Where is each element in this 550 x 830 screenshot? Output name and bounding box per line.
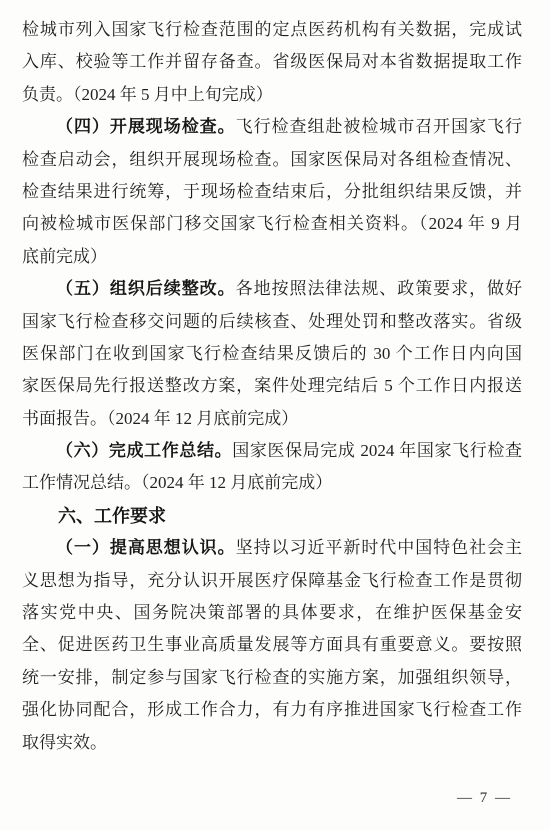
body-text: 全、促进医药卫生事业高质量发展等方面具有重要意义。要按照	[22, 635, 522, 654]
emphasis-text: （四）开展现场检查。	[56, 117, 236, 136]
body-text: 飞行检查组赴被检城市召开国家飞行	[236, 117, 522, 136]
body-text: 入库、校验等工作并留存备查。省级医保局对本省数据提取工作	[22, 52, 522, 71]
body-text: 强化协同配合，形成工作合力，有力有序推进国家飞行检查工作	[22, 700, 522, 719]
body-line: 医保部门在收到国家飞行检查结果反馈后的 30 个工作日内向国	[22, 338, 522, 370]
body-text: 检查启动会，组织开展现场检查。国家医保局对各组检查情况、	[22, 150, 522, 169]
emphasis-text: （五）组织后续整改。	[56, 279, 236, 298]
body-line: 全、促进医药卫生事业高质量发展等方面具有重要意义。要按照	[22, 629, 522, 661]
body-text: 取得实效。	[22, 733, 107, 752]
body-line: 落实党中央、国务院决策部署的具体要求，在维护医保基金安	[22, 597, 522, 629]
body-text: 坚持以习近平新时代中国特色社会主	[236, 538, 522, 557]
body-text: 国家飞行检查移交问题的后续核查、处理处罚和整改落实。省级	[22, 312, 522, 331]
document-page: 检城市列入国家飞行检查范围的定点医药机构有关数据，完成试入库、校验等工作并留存备…	[0, 0, 550, 830]
para-start-item-1: （一）提高思想认识。坚持以习近平新时代中国特色社会主	[22, 532, 522, 564]
body-text: 医保部门在收到国家飞行检查结果反馈后的 30 个工作日内向国	[22, 344, 522, 363]
body-line: 底前完成）	[22, 241, 522, 273]
section-heading-work-requirements: 六、工作要求	[22, 500, 522, 532]
body-text: 义思想为指导，充分认识开展医疗保障基金飞行检查工作是贯彻	[22, 571, 522, 590]
body-line: 检查结果进行统筹，于现场检查结束后，分批组织结果反馈，并	[22, 176, 522, 208]
body-text: 检查结果进行统筹，于现场检查结束后，分批组织结果反馈，并	[22, 182, 522, 201]
body-text: 国家医保局完成 2024 年国家飞行检查	[232, 441, 522, 460]
body-text: 工作情况总结。（2024 年 12 月底前完成）	[22, 473, 332, 492]
body-line: 检城市列入国家飞行检查范围的定点医药机构有关数据，完成试	[22, 14, 522, 46]
body-line: 强化协同配合，形成工作合力，有力有序推进国家飞行检查工作	[22, 694, 522, 726]
para-start-item-4: （四）开展现场检查。飞行检查组赴被检城市召开国家飞行	[22, 111, 522, 143]
body-text: 负责。（2024 年 5 月中上旬完成）	[22, 85, 273, 104]
body-line: 负责。（2024 年 5 月中上旬完成）	[22, 79, 522, 111]
emphasis-text: 六、工作要求	[58, 506, 166, 526]
emphasis-text: （六）完成工作总结。	[56, 441, 232, 460]
body-line: 统一安排，制定参与国家飞行检查的实施方案，加强组织领导，	[22, 662, 522, 694]
body-text: 向被检城市医保部门移交国家飞行检查相关资料。（2024 年 9 月	[22, 214, 522, 233]
body-text: 书面报告。（2024 年 12 月底前完成）	[22, 409, 298, 428]
para-start-item-6: （六）完成工作总结。国家医保局完成 2024 年国家飞行检查	[22, 435, 522, 467]
body-text: 统一安排，制定参与国家飞行检查的实施方案，加强组织领导，	[22, 668, 522, 687]
document-body: 检城市列入国家飞行检查范围的定点医药机构有关数据，完成试入库、校验等工作并留存备…	[22, 14, 522, 759]
body-line: 工作情况总结。（2024 年 12 月底前完成）	[22, 467, 522, 499]
page-number: — 7 —	[457, 790, 512, 807]
body-line: 义思想为指导，充分认识开展医疗保障基金飞行检查工作是贯彻	[22, 565, 522, 597]
body-line: 向被检城市医保部门移交国家飞行检查相关资料。（2024 年 9 月	[22, 208, 522, 240]
body-line: 取得实效。	[22, 727, 522, 759]
body-text: 底前完成）	[22, 247, 107, 266]
body-line: 检查启动会，组织开展现场检查。国家医保局对各组检查情况、	[22, 144, 522, 176]
body-text: 家医保局先行报送整改方案，案件处理完结后 5 个工作日内报送	[22, 376, 522, 395]
body-line: 家医保局先行报送整改方案，案件处理完结后 5 个工作日内报送	[22, 370, 522, 402]
emphasis-text: （一）提高思想认识。	[56, 538, 236, 557]
body-line: 书面报告。（2024 年 12 月底前完成）	[22, 403, 522, 435]
para-start-item-5: （五）组织后续整改。各地按照法律法规、政策要求，做好	[22, 273, 522, 305]
body-text: 各地按照法律法规、政策要求，做好	[236, 279, 522, 298]
body-text: 检城市列入国家飞行检查范围的定点医药机构有关数据，完成试	[22, 20, 522, 39]
body-text: 落实党中央、国务院决策部署的具体要求，在维护医保基金安	[22, 603, 522, 622]
body-line: 国家飞行检查移交问题的后续核查、处理处罚和整改落实。省级	[22, 306, 522, 338]
body-line: 入库、校验等工作并留存备查。省级医保局对本省数据提取工作	[22, 46, 522, 78]
